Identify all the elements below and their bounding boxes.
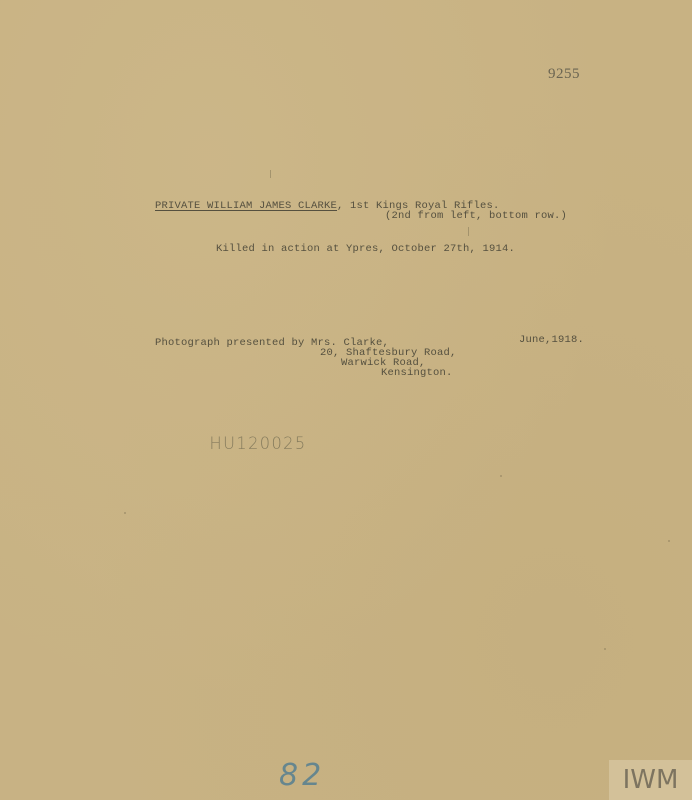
address-line-3: Kensington.	[381, 368, 453, 379]
paper-speck	[668, 540, 670, 542]
presentation-date: June,1918.	[519, 335, 584, 346]
photo-position-note: (2nd from left, bottom row.)	[385, 211, 567, 222]
iwm-watermark-logo: IWM	[609, 760, 692, 800]
paper-speck	[270, 170, 271, 178]
paper-speck	[124, 512, 126, 514]
killed-in-action-statement: Killed in action at Ypres, October 27th,…	[216, 244, 515, 255]
paper-speck	[500, 475, 502, 477]
handwritten-catalogue-reference: HU120025	[210, 434, 307, 454]
paper-speck	[604, 648, 606, 650]
paper-speck	[468, 227, 469, 236]
soldier-name: PRIVATE WILLIAM JAMES CLARKE	[155, 200, 337, 212]
reference-number: 9255	[548, 66, 580, 83]
handwritten-page-number: 82	[279, 758, 325, 793]
